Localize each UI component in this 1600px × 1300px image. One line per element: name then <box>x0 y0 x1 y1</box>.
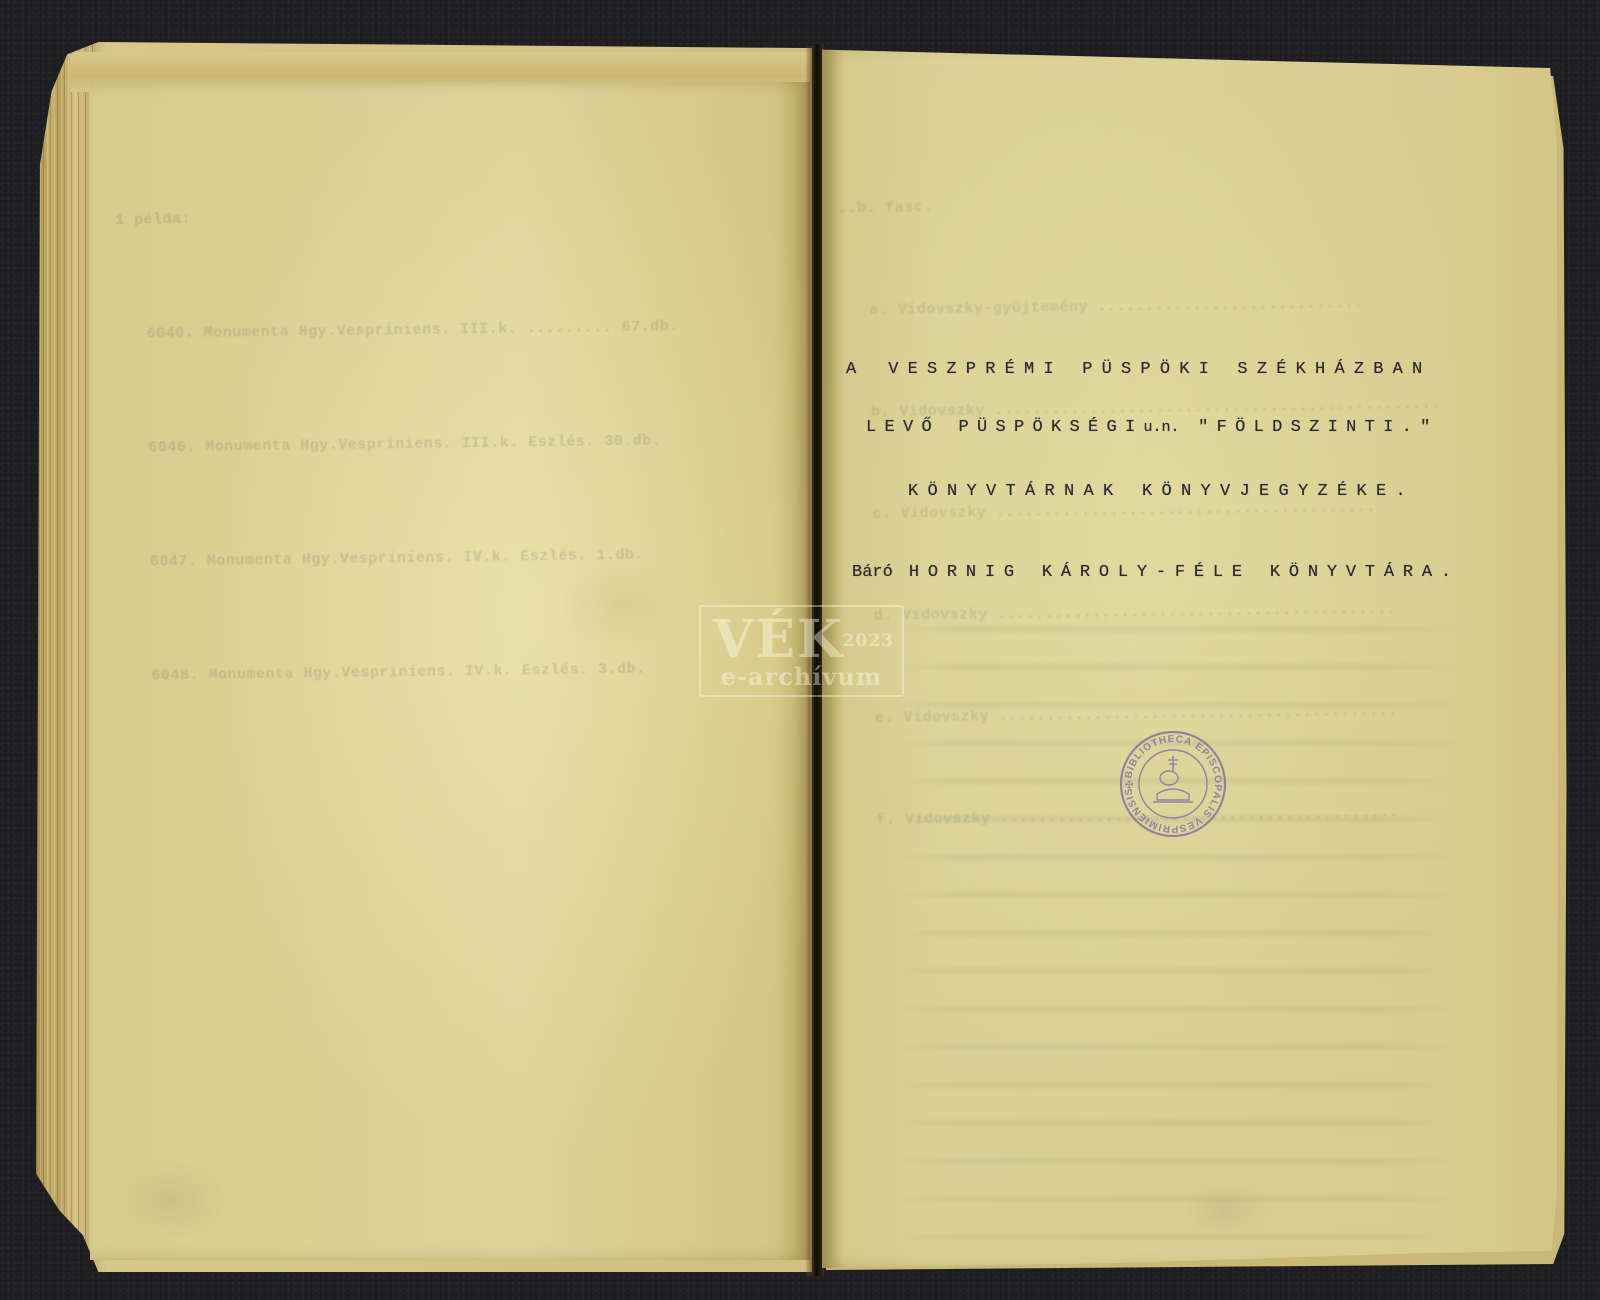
watermark-logo-text: VÉK <box>713 613 844 667</box>
title-line-4: BáróHORNIG KÁROLY-FÉLE KÖNYVTÁRA. <box>852 563 1460 582</box>
title-text: VESZPRÉMI PÜSPÖKI SZÉKHÁZBAN <box>888 360 1431 379</box>
title-line-2: LEVŐ PÜSPÖKSÉGIu.n. "FÖLDSZINTI." <box>866 418 1439 437</box>
title-line-1: AVESZPRÉMI PÜSPÖKI SZÉKHÁZBAN <box>846 360 1431 379</box>
bleed-line: a. Vidovszky-gyüjtemény ................… <box>839 286 1440 328</box>
watermark-subtitle: e-archívum <box>701 665 902 689</box>
title-text: LEVŐ PÜSPÖKSÉGI <box>866 418 1144 437</box>
bleed-line: 6040. Monumenta Hgy.Vespriniens. III.k. … <box>116 308 679 354</box>
title-line-3: KÖNYVTÁRNAK KÖNYVJEGYZÉKE. <box>908 482 1415 501</box>
bleed-line: 6047. Monumenta Hgy.Vespriniens. IV.k. E… <box>120 536 683 582</box>
title-text: "FÖLDSZINTI." <box>1198 418 1439 437</box>
library-stamp-icon: BIBLIOTHECA EPISCOPALIS VESPRIMIENSIS ✠ <box>1117 728 1229 840</box>
title-abbreviation: u.n. <box>1144 419 1180 436</box>
vek-e-archivum-watermark: VÉK 2023 e-archívum <box>699 605 904 697</box>
title-text: HORNIG KÁROLY-FÉLE KÖNYVTÁRA. <box>909 563 1460 582</box>
bleed-line: 1 példa: <box>115 194 678 240</box>
bleed-line: 6048. Monumenta Hgy.Vespriniens. IV.k. E… <box>121 650 684 696</box>
title-honorific: Báró <box>852 563 893 582</box>
title-text: KÖNYVTÁRNAK KÖNYVJEGYZÉKE. <box>908 482 1415 501</box>
right-page-lower-bleed-through <box>900 600 1460 1240</box>
bleed-line: 6046. Monumenta Hgy.Vespriniens. III.k. … <box>118 422 681 468</box>
watermark-year: 2023 <box>843 631 894 651</box>
title-article: A <box>846 360 856 379</box>
svg-text:✠: ✠ <box>1125 780 1133 791</box>
bleed-line: ..b. fasc. <box>838 184 1439 226</box>
left-page-bleed-through-text: 1 példa: 6040. Monumenta Hgy.Vespriniens… <box>114 118 685 734</box>
